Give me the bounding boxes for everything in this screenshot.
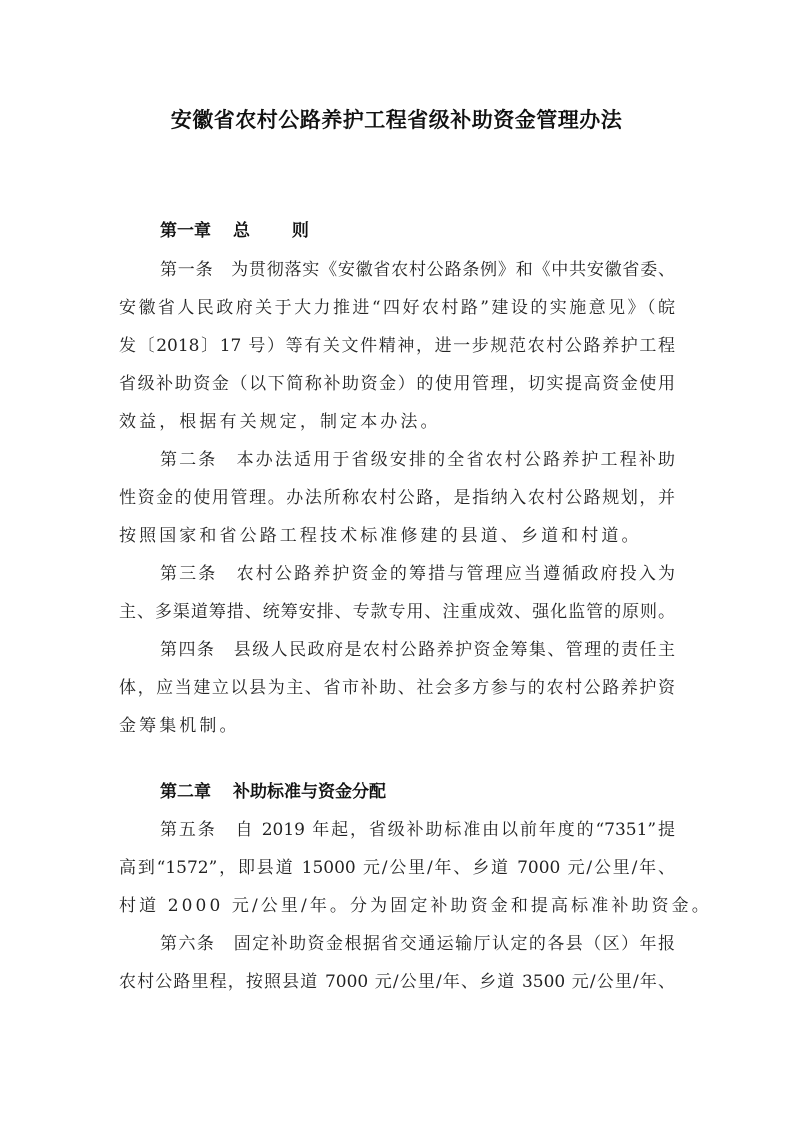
- article-line: 按照国家和省公路工程技术标准修建的县道、乡道和村道。: [119, 524, 675, 548]
- article-line: 体，应当建立以县为主、省市补助、社会多方参与的农村公路养护资: [119, 676, 675, 700]
- article-line: 第一条 为贯彻落实《安徽省农村公路条例》和《中共安徽省委、: [160, 258, 675, 282]
- chapter-label: 第一章: [160, 221, 211, 241]
- article-line: 第六条 固定补助资金根据省交通运输厅认定的各县（区）年报: [160, 932, 675, 956]
- document-page: 安徽省农村公路养护工程省级补助资金管理办法 第一章总 则 第一条 为贯彻落实《安…: [0, 0, 793, 1122]
- chapter-heading: 第二章补助标准与资金分配: [160, 780, 386, 804]
- article-line: 第五条 自 2019 年起，省级补助标准由以前年度的“7351”提: [160, 818, 675, 842]
- article-line: 农村公路里程，按照县道 7000 元/公里/年、乡道 3500 元/公里/年、: [119, 970, 675, 994]
- article-line: 效益，根据有关规定，制定本办法。: [119, 410, 675, 434]
- article-line: 安徽省人民政府关于大力推进“四好农村路”建设的实施意见》（皖: [119, 296, 675, 320]
- article-line: 性资金的使用管理。办法所称农村公路，是指纳入农村公路规划，并: [119, 486, 675, 510]
- chapter-name: 补助标准与资金分配: [233, 782, 386, 802]
- article-line: 主、多渠道筹措、统筹安排、专款专用、注重成效、强化监管的原则。: [119, 600, 675, 624]
- chapter-name: 总 则: [233, 221, 327, 241]
- document-title: 安徽省农村公路养护工程省级补助资金管理办法: [0, 104, 793, 134]
- chapter-heading: 第一章总 则: [160, 219, 327, 243]
- chapter-label: 第二章: [160, 782, 211, 802]
- article-line: 第二条 本办法适用于省级安排的全省农村公路养护工程补助: [160, 448, 675, 472]
- article-line: 省级补助资金（以下简称补助资金）的使用管理，切实提高资金使用: [119, 372, 675, 396]
- article-line: 金筹集机制。: [119, 714, 675, 738]
- article-line: 高到“1572”，即县道 15000 元/公里/年、乡道 7000 元/公里/年…: [119, 856, 675, 880]
- article-line: 发〔2018〕17 号）等有关文件精神，进一步规范农村公路养护工程: [119, 334, 675, 358]
- article-line: 第三条 农村公路养护资金的筹措与管理应当遵循政府投入为: [160, 562, 675, 586]
- article-line: 村道 2000 元/公里/年。分为固定补助资金和提高标准补助资金。: [119, 894, 675, 918]
- article-line: 第四条 县级人民政府是农村公路养护资金筹集、管理的责任主: [160, 638, 675, 662]
